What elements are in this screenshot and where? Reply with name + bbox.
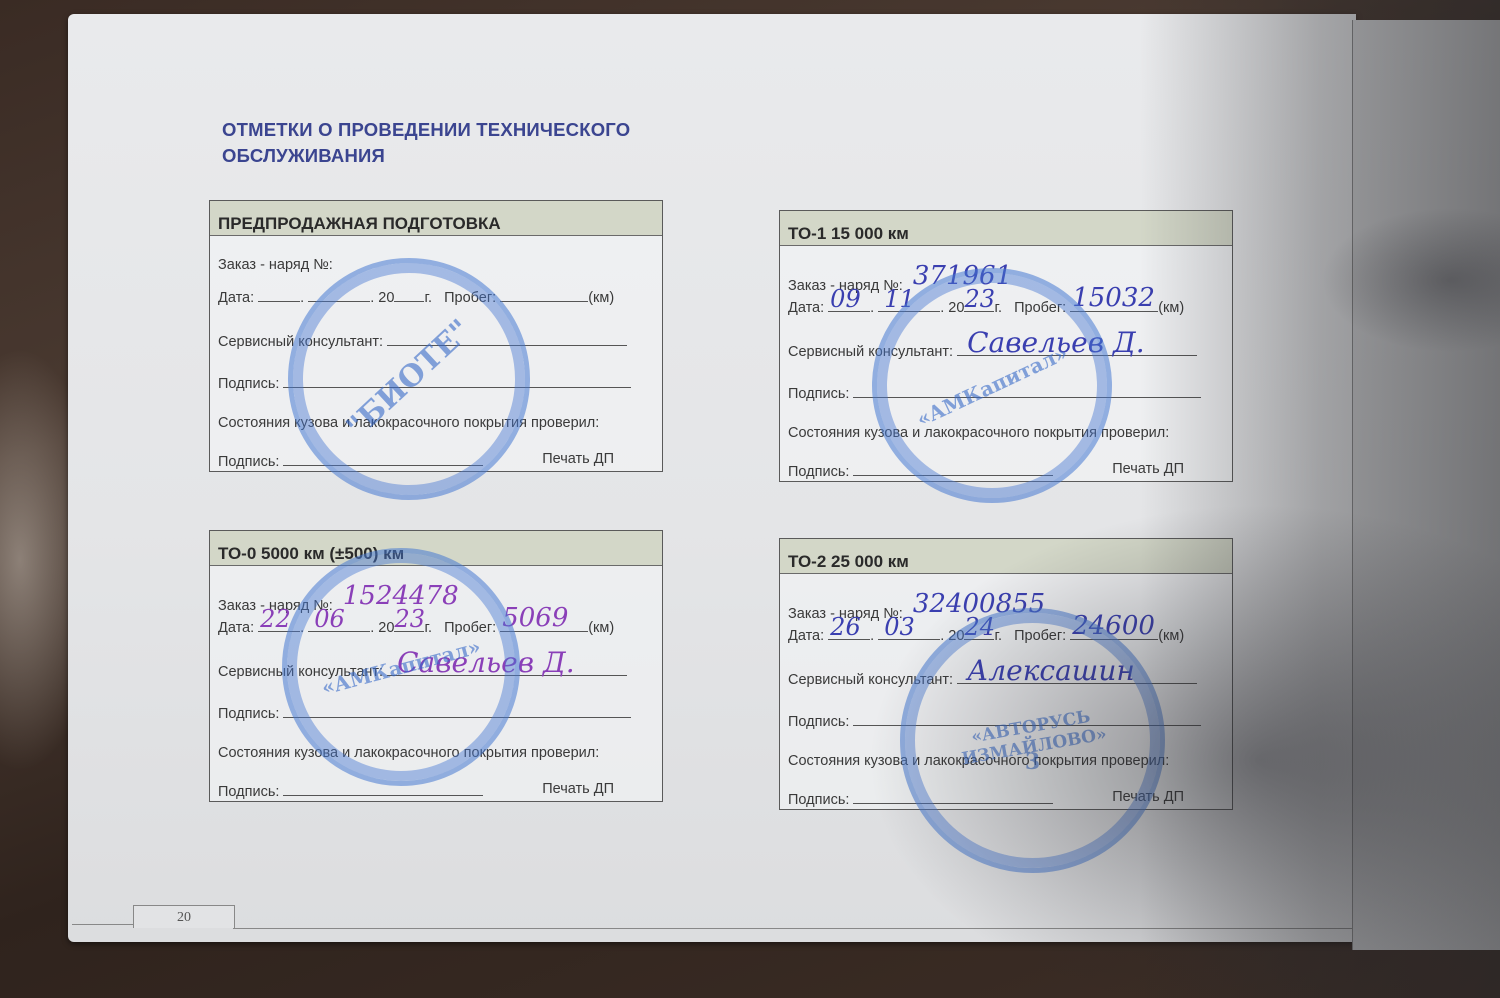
date-row: Дата: 09. 11. 2023г. Пробег: 15032(км) xyxy=(788,297,1224,316)
dealer-stamp-label: Печать ДП xyxy=(1112,461,1184,477)
mileage-field[interactable] xyxy=(500,287,588,302)
dealer-stamp-label: Печать ДП xyxy=(1112,789,1184,805)
consultant-label: Сервисный консультант: xyxy=(788,344,953,360)
inspection-label: Состояния кузова и лакокрасочного покрыт… xyxy=(788,425,1169,441)
order-number-value: 371961 xyxy=(913,261,1012,291)
mileage-label: Пробег: xyxy=(444,290,496,306)
date-row: Дата: 22. 06. 2023г. Пробег: 5069(км) xyxy=(218,617,654,636)
box-title-presale: ПРЕДПРОДАЖНАЯ ПОДГОТОВКА xyxy=(210,201,662,236)
inspection-signature-field[interactable] xyxy=(853,461,1053,476)
date-row: Дата: . . 20г. Пробег: (км) xyxy=(218,287,654,306)
day-field[interactable]: 26 xyxy=(828,625,870,640)
form-box-presale: ПРЕДПРОДАЖНАЯ ПОДГОТОВКА Заказ - наряд №… xyxy=(209,200,663,472)
inspection-signature-label: Подпись: xyxy=(788,464,849,480)
year-field[interactable]: 23 xyxy=(394,617,424,632)
date-label: Дата: xyxy=(218,290,254,306)
inspection-label: Состояния кузова и лакокрасочного покрыт… xyxy=(218,415,599,431)
page-title-line-2: ОБСЛУЖИВАНИЯ xyxy=(222,143,682,169)
consultant-row: Сервисный консультант: xyxy=(218,331,654,350)
inspection-label: Состояния кузова и лакокрасочного покрыт… xyxy=(788,753,1169,769)
km-label: (км) xyxy=(588,620,614,636)
inspection-row: Состояния кузова и лакокрасочного покрыт… xyxy=(218,745,654,761)
mileage-field[interactable]: 15032 xyxy=(1070,297,1158,312)
mileage-field[interactable]: 24600 xyxy=(1070,625,1158,640)
year-suffix: г. xyxy=(424,620,432,636)
dealer-stamp-label: Печать ДП xyxy=(542,781,614,797)
order-label: Заказ - наряд №: xyxy=(218,257,333,273)
order-label: Заказ - наряд №: xyxy=(218,598,333,614)
inspection-label: Состояния кузова и лакокрасочного покрыт… xyxy=(218,745,599,761)
year-prefix: 20 xyxy=(378,290,394,306)
year-suffix: г. xyxy=(424,290,432,306)
month-field[interactable]: 06 xyxy=(308,617,370,632)
inspection-row: Состояния кузова и лакокрасочного покрыт… xyxy=(218,415,654,431)
date-label: Дата: xyxy=(788,628,824,644)
consultant-field[interactable]: Алексашин xyxy=(957,669,1197,684)
signature-label: Подпись: xyxy=(788,386,849,402)
date-label: Дата: xyxy=(788,300,824,316)
year-suffix: г. xyxy=(994,628,1002,644)
consultant-label: Сервисный консультант: xyxy=(788,672,953,688)
inspection-signature-label: Подпись: xyxy=(218,784,279,800)
order-label: Заказ - наряд №: xyxy=(788,278,903,294)
order-label: Заказ - наряд №: xyxy=(788,606,903,622)
signature-label: Подпись: xyxy=(218,376,279,392)
mileage-label: Пробег: xyxy=(444,620,496,636)
consultant-label: Сервисный консультант: xyxy=(218,664,383,680)
inspection-signature-label: Подпись: xyxy=(788,792,849,808)
box-title-to2: ТО-2 25 000 км xyxy=(780,539,1232,574)
box-title-to1: ТО-1 15 000 км xyxy=(780,211,1232,246)
month-field[interactable]: 11 xyxy=(878,297,940,312)
page-title-line-1: ОТМЕТКИ О ПРОВЕДЕНИИ ТЕХНИЧЕСКОГО xyxy=(222,117,682,143)
signature-field[interactable] xyxy=(853,383,1201,398)
order-row: Заказ - наряд №: 371961 xyxy=(788,267,1224,297)
inspection-signature-row: Подпись: Печать ДП xyxy=(218,451,654,470)
consultant-value: Алексашин xyxy=(967,654,1135,687)
mileage-field[interactable]: 5069 xyxy=(500,617,588,632)
signature-field[interactable] xyxy=(283,703,631,718)
km-label: (км) xyxy=(1158,628,1184,644)
page-number: 20 xyxy=(133,905,235,928)
signature-label: Подпись: xyxy=(788,714,849,730)
footer-rule-left xyxy=(72,924,134,925)
form-box-to1: ТО-1 15 000 км Заказ - наряд №: 371961 Д… xyxy=(779,210,1233,482)
mileage-label: Пробег: xyxy=(1014,628,1066,644)
inspection-signature-row: Подпись: Печать ДП xyxy=(788,789,1224,808)
km-label: (км) xyxy=(1158,300,1184,316)
mileage-label: Пробег: xyxy=(1014,300,1066,316)
year-prefix: 20 xyxy=(948,300,964,316)
inspection-signature-field[interactable] xyxy=(853,789,1053,804)
year-prefix: 20 xyxy=(948,628,964,644)
order-number-value: 32400855 xyxy=(913,589,1045,619)
consultant-label: Сервисный консультант: xyxy=(218,334,383,350)
inspection-signature-field[interactable] xyxy=(283,781,483,796)
signature-field[interactable] xyxy=(283,373,631,388)
form-box-to2: ТО-2 25 000 км Заказ - наряд №: 32400855… xyxy=(779,538,1233,810)
consultant-field[interactable]: Савельев Д. xyxy=(957,341,1197,356)
year-suffix: г. xyxy=(994,300,1002,316)
consultant-value: Савельев Д. xyxy=(967,326,1145,359)
page-title: ОТМЕТКИ О ПРОВЕДЕНИИ ТЕХНИЧЕСКОГО ОБСЛУЖ… xyxy=(222,117,682,169)
consultant-row: Сервисный консультант: Савельев Д. xyxy=(788,341,1224,360)
month-field[interactable]: 03 xyxy=(878,625,940,640)
signature-row: Подпись: xyxy=(788,383,1224,402)
day-field[interactable]: 22 xyxy=(258,617,300,632)
inspection-row: Состояния кузова и лакокрасочного покрыт… xyxy=(788,753,1224,769)
consultant-field[interactable]: Савельев Д. xyxy=(387,661,627,676)
inspection-signature-field[interactable] xyxy=(283,451,483,466)
inspection-signature-label: Подпись: xyxy=(218,454,279,470)
consultant-field[interactable] xyxy=(387,331,627,346)
inspection-row: Состояния кузова и лакокрасочного покрыт… xyxy=(788,425,1224,441)
order-row: Заказ - наряд №: xyxy=(218,257,654,273)
inspection-signature-row: Подпись: Печать ДП xyxy=(788,461,1224,480)
day-field[interactable] xyxy=(258,287,300,302)
month-field[interactable] xyxy=(308,287,370,302)
consultant-row: Сервисный консультант: Савельев Д. xyxy=(218,661,654,680)
day-field[interactable]: 09 xyxy=(828,297,870,312)
signature-row: Подпись: xyxy=(218,373,654,392)
order-number-value: 1524478 xyxy=(343,581,459,611)
year-field[interactable]: 23 xyxy=(964,297,994,312)
signature-field[interactable] xyxy=(853,711,1201,726)
signature-row: Подпись: xyxy=(788,711,1224,730)
form-box-to0: ТО-0 5000 км (±500) км Заказ - наряд №: … xyxy=(209,530,663,802)
footer-rule-right xyxy=(233,928,1353,929)
inspection-signature-row: Подпись: Печать ДП xyxy=(218,781,654,800)
dealer-stamp-label: Печать ДП xyxy=(542,451,614,467)
year-prefix: 20 xyxy=(378,620,394,636)
signature-label: Подпись: xyxy=(218,706,279,722)
order-row: Заказ - наряд №: 32400855 xyxy=(788,595,1224,625)
consultant-row: Сервисный консультант: Алексашин xyxy=(788,669,1224,688)
box-title-to0: ТО-0 5000 км (±500) км xyxy=(210,531,662,566)
order-row: Заказ - наряд №: 1524478 xyxy=(218,587,654,617)
year-field[interactable] xyxy=(394,287,424,302)
year-field[interactable]: 24 xyxy=(964,625,994,640)
booklet-right-page xyxy=(1352,20,1500,950)
date-label: Дата: xyxy=(218,620,254,636)
km-label: (км) xyxy=(588,290,614,306)
consultant-value: Савельев Д. xyxy=(397,646,575,679)
signature-row: Подпись: xyxy=(218,703,654,722)
date-row: Дата: 26. 03. 2024г. Пробег: 24600(км) xyxy=(788,625,1224,644)
